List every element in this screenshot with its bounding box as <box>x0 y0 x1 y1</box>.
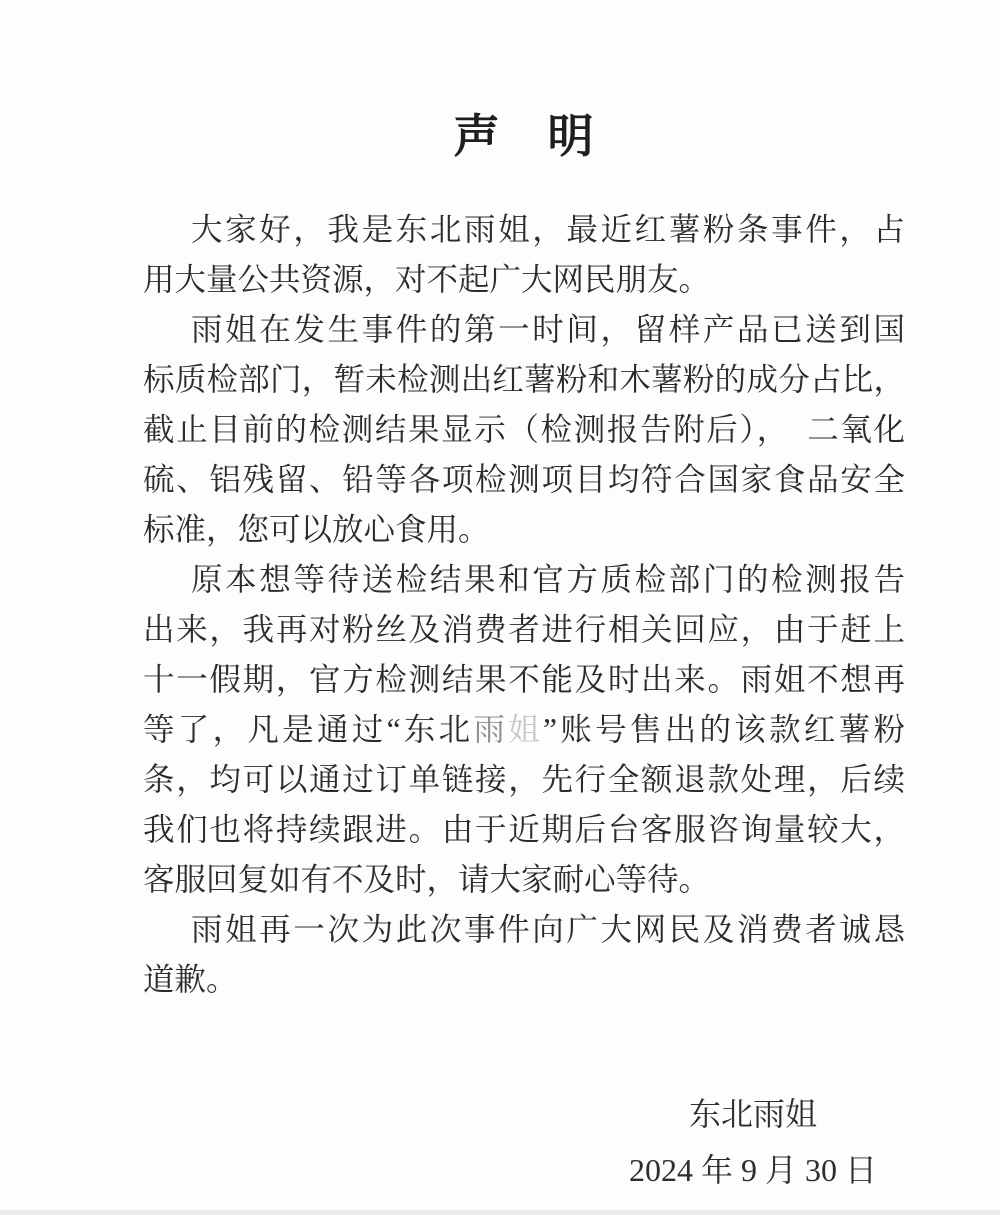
faded-character-yu: 雨 <box>473 712 508 747</box>
statement-line: 标质检部门，暂未检测出红薯粉和木薯粉的成分占比， <box>143 355 905 405</box>
statement-line: 大家好，我是东北雨姐，最近红薯粉条事件，占 <box>143 205 905 255</box>
statement-line: 用大量公共资源，对不起广大网民朋友。 <box>143 255 905 305</box>
statement-body: 大家好，我是东北雨姐，最近红薯粉条事件，占 用大量公共资源，对不起广大网民朋友。… <box>143 205 905 1005</box>
statement-line: 道歉。 <box>143 955 905 1005</box>
statement-line: 雨姐再一次为此次事件向广大网民及消费者诚恳 <box>143 905 905 955</box>
statement-line: 截止目前的检测结果显示（检测报告附后）， 二氧化 <box>143 405 905 455</box>
faded-character-jie: 姐 <box>508 712 543 747</box>
statement-line: 我们也将持续跟进。由于近期后台客服咨询量较大， <box>143 805 905 855</box>
statement-line-account-name: 等了，凡是通过“东北雨姐”账号售出的该款红薯粉 <box>143 705 905 755</box>
statement-line: 标准，您可以放心食用。 <box>143 505 905 555</box>
line-text: ”账号售出的该款红薯粉 <box>543 712 905 747</box>
line-text: 等了，凡是通过“东北 <box>143 712 473 747</box>
signature-date: 2024 年 9 月 30 日 <box>618 1142 888 1198</box>
statement-document: 声 明 大家好，我是东北雨姐，最近红薯粉条事件，占 用大量公共资源，对不起广大网… <box>143 0 905 1005</box>
statement-line: 十一假期，官方检测结果不能及时出来。雨姐不想再 <box>143 655 905 705</box>
statement-line: 客服回复如有不及时，请大家耐心等待。 <box>143 855 905 905</box>
signature-block: 东北雨姐 2024 年 9 月 30 日 <box>618 1086 888 1198</box>
scan-edge-artifact <box>0 1210 1000 1215</box>
statement-line: 雨姐在发生事件的第一时间，留样产品已送到国 <box>143 305 905 355</box>
statement-line: 条，均可以通过订单链接，先行全额退款处理，后续 <box>143 755 905 805</box>
statement-line: 出来，我再对粉丝及消费者进行相关回应，由于赶上 <box>143 605 905 655</box>
statement-title: 声 明 <box>143 112 905 162</box>
signature-name: 东北雨姐 <box>618 1086 888 1142</box>
statement-line: 硫、铝残留、铅等各项检测项目均符合国家食品安全 <box>143 455 905 505</box>
statement-line: 原本想等待送检结果和官方质检部门的检测报告 <box>143 555 905 605</box>
